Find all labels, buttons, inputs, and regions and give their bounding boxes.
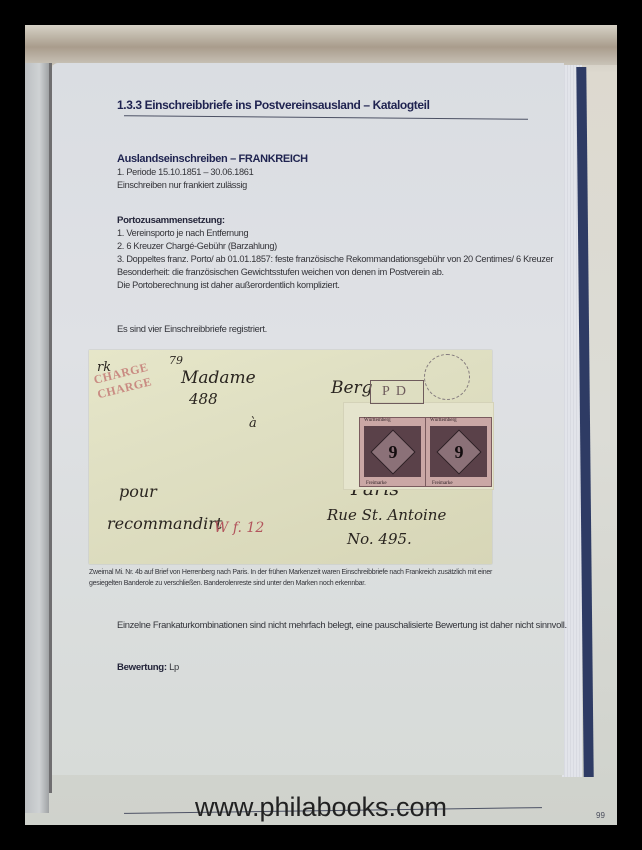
pd-box-stamp: PD (370, 380, 424, 404)
stamp-value: 9 (388, 441, 397, 462)
recommandirt-line2: recommandirt (107, 514, 222, 533)
postage-stamp: Württemberg 9 Freimarke (359, 417, 426, 487)
caption-line: gesiegelten Banderole zu verschließen. B… (89, 579, 509, 590)
table-background (25, 25, 617, 65)
caption-line: Zweimal Mi. Nr. 4b auf Brief von Herrenb… (89, 568, 509, 579)
porto-block: Portozusammensetzung: 1. Vereinsporto je… (117, 214, 553, 292)
valuation-value: Lp (169, 661, 179, 672)
frankatur-note: Einzelne Frankaturkombinationen sind nic… (117, 619, 567, 630)
stamp-country: Württemberg (364, 418, 391, 423)
porto-line: 2. 6 Kreuzer Chargé-Gebühr (Barzahlung) (117, 240, 553, 253)
intro-line: 1. Periode 15.10.1851 – 30.06.1861 (117, 166, 253, 179)
left-page-edge (25, 63, 49, 813)
valuation: Bewertung: Lp (117, 661, 179, 673)
street: Rue St. Antoine (327, 506, 446, 524)
section-title: 1.3.3 Einschreibbriefe ins Postvereinsau… (117, 98, 430, 112)
number: 488 (189, 390, 218, 408)
red-note: W f. 12 (214, 520, 264, 536)
intro-block: 1. Periode 15.10.1851 – 30.06.1861 Einsc… (117, 166, 253, 192)
recommandirt-line1: pour (119, 482, 157, 501)
stamp-label: Freimarke (432, 481, 453, 486)
subsection-title: Auslandseinschreiben – FRANKREICH (117, 153, 308, 165)
a-letter: à (249, 416, 257, 431)
porto-line: Besonderheit: die französischen Gewichts… (117, 266, 553, 279)
book-gutter (49, 63, 52, 793)
porto-line: 1. Vereinsporto je nach Entfernung (117, 227, 553, 240)
porto-line: Die Portoberechnung ist daher außerorden… (117, 279, 553, 292)
house-number: No. 495. (347, 530, 412, 548)
origin-mark: Berg (331, 378, 373, 398)
cover-envelope-image: CHARGE CHARGE rk 79 Madame 488 à pour re… (89, 350, 492, 564)
intro-line: Einschreiben nur frankiert zulässig (117, 179, 253, 192)
circular-postmark (424, 354, 470, 400)
valuation-label: Bewertung: (117, 662, 167, 673)
figure-caption: Zweimal Mi. Nr. 4b auf Brief von Herrenb… (89, 568, 509, 589)
stamp-country: Württemberg (430, 418, 457, 423)
header-rule (124, 115, 528, 120)
stamp-value: 9 (454, 441, 463, 462)
corner-mark: rk (97, 360, 111, 375)
number-top: 79 (169, 354, 183, 367)
stamp-label: Freimarke (366, 481, 387, 486)
registered-note: Es sind vier Einschreibbriefe registrier… (117, 323, 267, 334)
addressee: Madame (181, 368, 256, 388)
porto-heading: Portozusammensetzung: (117, 214, 553, 227)
porto-line: 3. Doppeltes franz. Porto/ ab 01.01.1857… (117, 253, 553, 266)
postage-stamp: Württemberg 9 Freimarke (425, 417, 492, 487)
watermark-url: www.philabooks.com (0, 792, 642, 823)
